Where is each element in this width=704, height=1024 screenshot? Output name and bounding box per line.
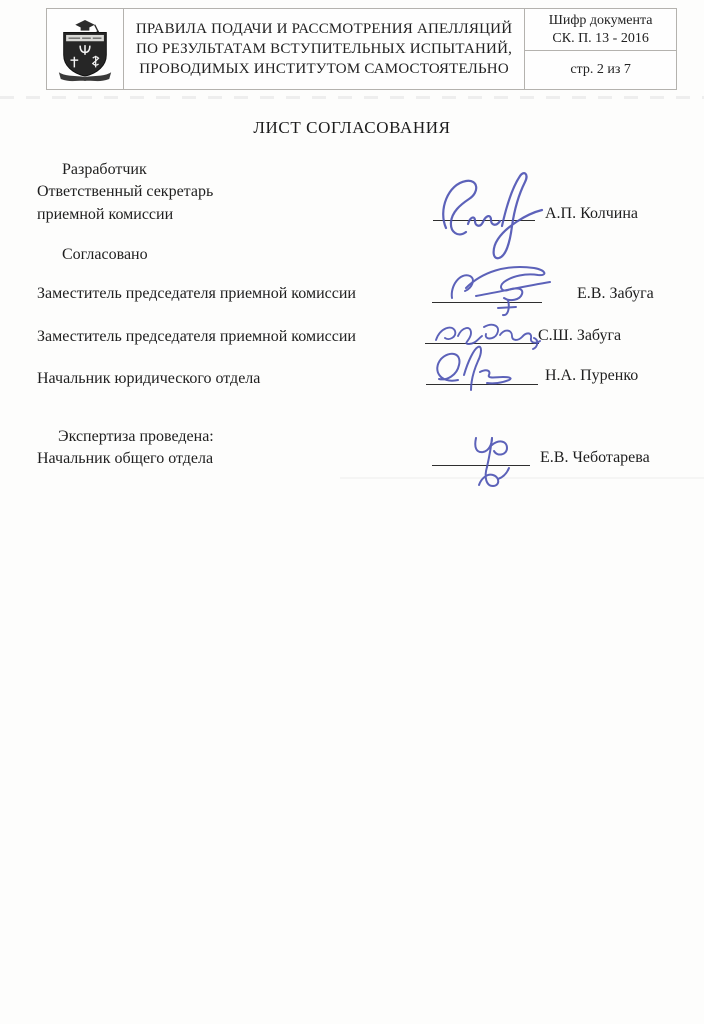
document-code-block: Шифр документа СК. П. 13 - 2016 (525, 9, 676, 51)
expertise-role: Начальник общего отдела (37, 450, 213, 468)
developer-heading: Разработчик (62, 161, 147, 179)
page-number-block: стр. 2 из 7 (525, 51, 676, 89)
agreed-role: Начальник юридического отдела (37, 370, 260, 388)
signature-purenko (428, 344, 520, 396)
signature-zabuga-ev (446, 262, 554, 320)
document-code-value: СК. П. 13 - 2016 (552, 30, 648, 48)
expertise-heading: Экспертиза проведена: (58, 428, 214, 446)
signer-name-purenko: Н.А. Пуренко (545, 367, 638, 385)
institute-crest-logo (54, 15, 116, 83)
logo-cell (47, 9, 124, 89)
header-title-line3: ПРОВОДИМЫХ ИНСТИТУТОМ САМОСТОЯТЕЛЬНО (139, 59, 509, 79)
document-code-label: Шифр документа (549, 12, 653, 30)
agreed-role: Заместитель председателя приемной комисс… (37, 328, 356, 346)
document-code-cell: Шифр документа СК. П. 13 - 2016 стр. 2 и… (525, 9, 676, 89)
agreed-role: Заместитель председателя приемной комисс… (37, 285, 356, 303)
signer-name-kolchina: А.П. Колчина (545, 205, 638, 223)
signature-kolchina (436, 168, 548, 262)
signature-chebotareva (466, 433, 518, 491)
developer-role-line1: Ответственный секретарь (37, 183, 213, 201)
document-page: ПРАВИЛА ПОДАЧИ И РАССМОТРЕНИЯ АПЕЛЛЯЦИЙ … (0, 0, 704, 1024)
header-title-line2: ПО РЕЗУЛЬТАТАМ ВСТУПИТЕЛЬНЫХ ИСПЫТАНИЙ, (136, 39, 512, 59)
signer-name-chebotareva: Е.В. Чеботарева (540, 449, 650, 467)
agreed-heading: Согласовано (62, 246, 148, 264)
signer-name-zabuga-ssh: С.Ш. Забуга (538, 327, 621, 345)
signer-name-zabuga-ev: Е.В. Забуга (577, 285, 654, 303)
developer-role-line2: приемной комиссии (37, 206, 173, 224)
scan-streak (340, 477, 704, 479)
scan-streak (0, 96, 704, 99)
header-title-line1: ПРАВИЛА ПОДАЧИ И РАССМОТРЕНИЯ АПЕЛЛЯЦИЙ (136, 19, 512, 39)
document-title-cell: ПРАВИЛА ПОДАЧИ И РАССМОТРЕНИЯ АПЕЛЛЯЦИЙ … (124, 9, 525, 89)
page-number-label: стр. 2 из 7 (570, 61, 631, 79)
document-header-table: ПРАВИЛА ПОДАЧИ И РАССМОТРЕНИЯ АПЕЛЛЯЦИЙ … (46, 8, 677, 90)
page-title: ЛИСТ СОГЛАСОВАНИЯ (0, 118, 704, 138)
